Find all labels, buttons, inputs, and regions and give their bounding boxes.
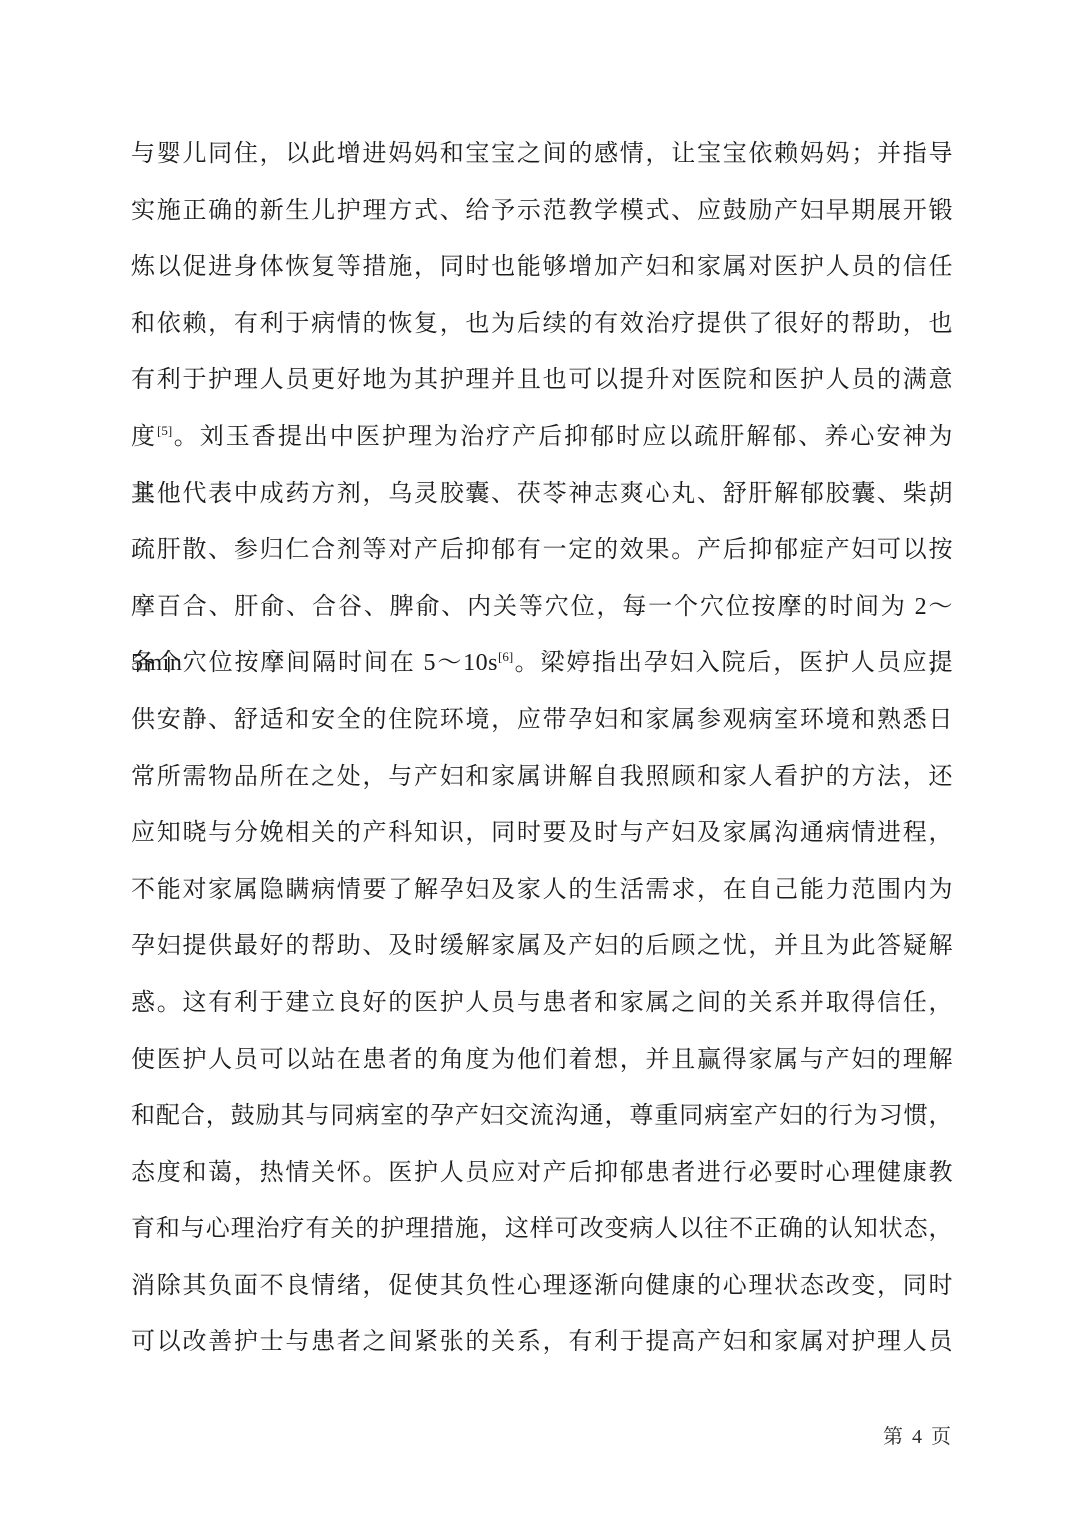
text-segment: 炼以促进身体恢复等措施，同时也能够增加产妇和家属对医护人员的信任 (131, 254, 953, 280)
text-segment: 态度和蔼，热情关怀。医护人员应对产后抑郁患者进行必要时心理健康教 (131, 1160, 953, 1186)
text-line: 态度和蔼，热情关怀。医护人员应对产后抑郁患者进行必要时心理健康教 (131, 1145, 953, 1202)
text-line: 度[5]。刘玉香提出中医护理为治疗产后抑郁时应以疏肝解郁、养心安神为主， (131, 409, 953, 466)
document-lines: 与婴儿同住，以此增进妈妈和宝宝之间的感情，让宝宝依赖妈妈；并指导实施正确的新生儿… (131, 126, 953, 1371)
text-segment: 供安静、舒适和安全的住院环境，应带孕妇和家属参观病室环境和熟悉日 (131, 707, 953, 733)
text-segment: 。梁婷指出孕妇入院后，医护人员应提 (513, 650, 953, 676)
text-segment: 与婴儿同住，以此增进妈妈和宝宝之间的感情，让宝宝依赖妈妈；并指导 (131, 141, 953, 167)
text-line: 不能对家属隐瞒病情要了解孕妇及家人的生活需求，在自己能力范围内为 (131, 862, 953, 919)
text-line: 消除其负面不良情绪，促使其负性心理逐渐向健康的心理状态改变，同时 (131, 1258, 953, 1315)
text-segment: 常所需物品所在之处，与产妇和家属讲解自我照顾和家人看护的方法，还 (131, 764, 953, 790)
text-segment: 度 (131, 424, 157, 450)
text-line: 使医护人员可以站在患者的角度为他们着想，并且赢得家属与产妇的理解 (131, 1032, 953, 1089)
text-line: 育和与心理治疗有关的护理措施，这样可改变病人以往不正确的认知状态， (131, 1201, 953, 1258)
text-line: 摩百合、肝俞、合谷、脾俞、内关等穴位，每一个穴位按摩的时间为 2～5min， (131, 579, 953, 636)
text-segment: 消除其负面不良情绪，促使其负性心理逐渐向健康的心理状态改变，同时 (131, 1273, 953, 1299)
text-segment: 和依赖，有利于病情的恢复，也为后续的有效治疗提供了很好的帮助，也 (131, 311, 953, 337)
text-segment: 使医护人员可以站在患者的角度为他们着想，并且赢得家属与产妇的理解 (131, 1047, 953, 1073)
text-line: 与婴儿同住，以此增进妈妈和宝宝之间的感情，让宝宝依赖妈妈；并指导 (131, 126, 953, 183)
text-line: 可以改善护士与患者之间紧张的关系，有利于提高产妇和家属对护理人员 (131, 1314, 953, 1371)
text-line: 各个穴位按摩间隔时间在 5～10s[6]。梁婷指出孕妇入院后，医护人员应提 (131, 635, 953, 692)
text-line: 供安静、舒适和安全的住院环境，应带孕妇和家属参观病室环境和熟悉日 (131, 692, 953, 749)
text-line: 有利于护理人员更好地为其护理并且也可以提升对医院和医护人员的满意 (131, 352, 953, 409)
text-segment: 不能对家属隐瞒病情要了解孕妇及家人的生活需求，在自己能力范围内为 (131, 877, 953, 903)
text-segment: 育和与心理治疗有关的护理措施，这样可改变病人以往不正确的认知状态， (131, 1216, 953, 1242)
text-segment: 有利于护理人员更好地为其护理并且也可以提升对医院和医护人员的满意 (131, 367, 953, 393)
text-line: 应知晓与分娩相关的产科知识，同时要及时与产妇及家属沟通病情进程， (131, 805, 953, 862)
citation-ref: [6] (498, 649, 513, 664)
text-line: 其他代表中成药方剂，乌灵胶囊、茯苓神志爽心丸、舒肝解郁胶囊、柴胡 (131, 466, 953, 523)
text-segment: 惑。这有利于建立良好的医护人员与患者和家属之间的关系并取得信任， (131, 990, 953, 1016)
text-segment: 其他代表中成药方剂，乌灵胶囊、茯苓神志爽心丸、舒肝解郁胶囊、柴胡 (131, 481, 953, 507)
text-segment: 疏肝散、参归仁合剂等对产后抑郁有一定的效果。产后抑郁症产妇可以按 (131, 537, 953, 563)
text-line: 疏肝散、参归仁合剂等对产后抑郁有一定的效果。产后抑郁症产妇可以按 (131, 522, 953, 579)
text-segment: 可以改善护士与患者之间紧张的关系，有利于提高产妇和家属对护理人员 (131, 1329, 953, 1355)
text-segment: 实施正确的新生儿护理方式、给予示范教学模式、应鼓励产妇早期展开锻 (131, 198, 953, 224)
text-line: 孕妇提供最好的帮助、及时缓解家属及产妇的后顾之忧，并且为此答疑解 (131, 918, 953, 975)
text-segment: 和配合，鼓励其与同病室的孕产妇交流沟通，尊重同病室产妇的行为习惯， (131, 1103, 953, 1129)
text-segment: 孕妇提供最好的帮助、及时缓解家属及产妇的后顾之忧，并且为此答疑解 (131, 933, 953, 959)
text-line: 和配合，鼓励其与同病室的孕产妇交流沟通，尊重同病室产妇的行为习惯， (131, 1088, 953, 1145)
citation-ref: [5] (157, 423, 172, 438)
text-line: 炼以促进身体恢复等措施，同时也能够增加产妇和家属对医护人员的信任 (131, 239, 953, 296)
text-line: 实施正确的新生儿护理方式、给予示范教学模式、应鼓励产妇早期展开锻 (131, 183, 953, 240)
text-segment: 各个穴位按摩间隔时间在 5～10s (131, 650, 498, 676)
text-line: 和依赖，有利于病情的恢复，也为后续的有效治疗提供了很好的帮助，也 (131, 296, 953, 353)
page-number-label: 第 4 页 (883, 1420, 953, 1449)
text-line: 常所需物品所在之处，与产妇和家属讲解自我照顾和家人看护的方法，还 (131, 749, 953, 806)
text-segment: 应知晓与分娩相关的产科知识，同时要及时与产妇及家属沟通病情进程， (131, 820, 953, 846)
document-page: 与婴儿同住，以此增进妈妈和宝宝之间的感情，让宝宝依赖妈妈；并指导实施正确的新生儿… (0, 0, 1080, 1527)
text-line: 惑。这有利于建立良好的医护人员与患者和家属之间的关系并取得信任， (131, 975, 953, 1032)
